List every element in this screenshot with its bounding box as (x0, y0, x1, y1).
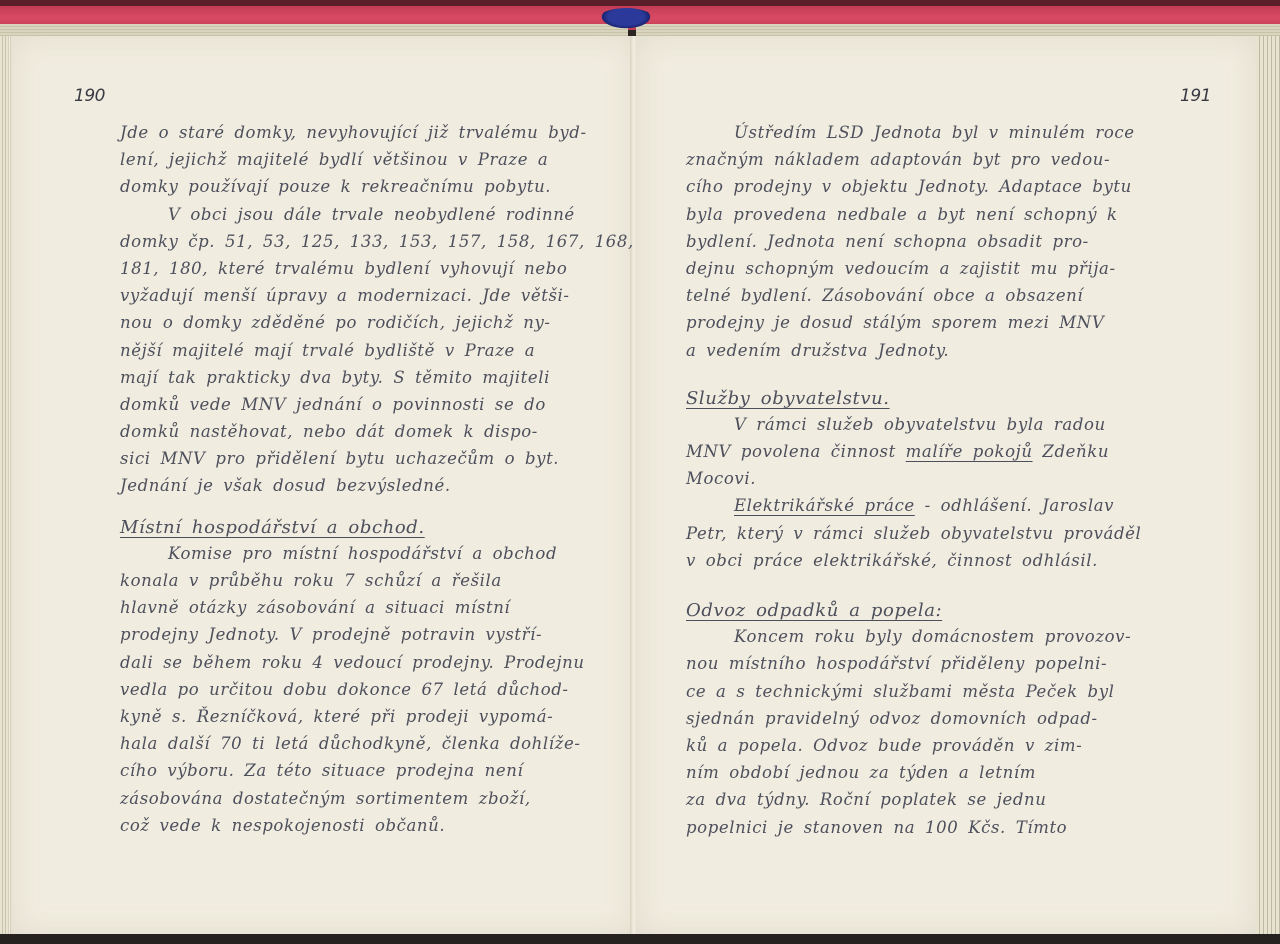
text-line: Jde o staré domky, nevyhovující již trva… (120, 123, 620, 150)
text-line: vyžadují menší úpravy a modernizaci. Jde… (120, 286, 620, 313)
text-line: zásobována dostatečným sortimentem zboží… (120, 789, 620, 816)
text-line: domků vede MNV jednání o povinnosti se d… (120, 395, 620, 422)
page-number-right: 191 (1180, 86, 1211, 106)
underlined-phrase: Elektrikářské práce (734, 496, 915, 515)
text-line: nou místního hospodářství přiděleny pope… (686, 654, 1206, 681)
text-line: Elektrikářské práce - odhlášení. Jarosla… (686, 496, 1206, 523)
text-line: mají tak prakticky dva byty. S těmito ma… (120, 368, 620, 395)
text-line: lení, jejichž majitelé bydlí většinou v … (120, 150, 620, 177)
text-line: ním období jednou za týden a letním (686, 763, 1206, 790)
left-page-text: Jde o staré domky, nevyhovující již trva… (120, 123, 620, 843)
text-line: konala v průběhu roku 7 schůzí a řešila (120, 571, 620, 598)
text-line: nou o domky zděděné po rodičích, jejichž… (120, 313, 620, 340)
text-line: bydlení. Jednota není schopna obsadit pr… (686, 232, 1206, 259)
text-line: Jednání je však dosud bezvýsledné. (120, 476, 620, 503)
text-line: značným nákladem adaptován byt pro vedou… (686, 150, 1206, 177)
text-line: V rámci služeb obyvatelstvu byla radou (686, 415, 1206, 442)
ribbon-bookmark[interactable] (598, 8, 654, 30)
fore-edge-right (1256, 36, 1280, 936)
text-line: kyně s. Řezníčková, které při prodeji vy… (120, 707, 620, 734)
text-line: popelnici je stanoven na 100 Kčs. Tímto (686, 818, 1206, 845)
text-line: což vede k nespokojenosti občanů. (120, 816, 620, 843)
text-line: Mocovi. (686, 469, 1206, 496)
section-heading-services: Služby obyvatelstvu. (686, 388, 890, 409)
text-line: nější majitelé mají trvalé bydliště v Pr… (120, 341, 620, 368)
text-line: MNV povolena činnost malíře pokojů Zdeňk… (686, 442, 1206, 469)
text-line: 181, 180, které trvalému bydlení vyhovuj… (120, 259, 620, 286)
text-line: domků nastěhovat, nebo dát domek k dispo… (120, 422, 620, 449)
background-surface (0, 934, 1280, 944)
text-line: sici MNV pro přidělení bytu uchazečům o … (120, 449, 620, 476)
section-heading-waste-collection: Odvoz odpadků a popela: (686, 600, 942, 621)
text-line: V obci jsou dále trvale neobydlené rodin… (120, 205, 620, 232)
text-line: Komise pro místní hospodářství a obchod (120, 544, 620, 571)
text-line: hlavně otázky zásobování a situaci místn… (120, 598, 620, 625)
text-line: Petr, který v rámci služeb obyvatelstvu … (686, 524, 1206, 551)
text-line: v obci práce elektrikářské, činnost odhl… (686, 551, 1206, 578)
page-number-left: 190 (74, 86, 105, 106)
text-line: hala další 70 ti letá důchodkyně, členka… (120, 734, 620, 761)
text-line: cího prodejny v objektu Jednoty. Adaptac… (686, 177, 1206, 204)
underlined-phrase: malíře pokojů (906, 442, 1033, 461)
text-line: ků a popela. Odvoz bude prováděn v zim- (686, 736, 1206, 763)
text-line: telné bydlení. Zásobování obce a obsazen… (686, 286, 1206, 313)
text-line: vedla po určitou dobu dokonce 67 letá dů… (120, 680, 620, 707)
right-page-text: Ústředím LSD Jednota byl v minulém roce … (686, 123, 1206, 845)
text-line: cího výboru. Za této situace prodejna ne… (120, 761, 620, 788)
text-line: prodejny Jednoty. V prodejně potravin vy… (120, 625, 620, 652)
text-line: byla provedena nedbale a byt není schopn… (686, 205, 1206, 232)
text-line: Ústředím LSD Jednota byl v minulém roce (686, 123, 1206, 150)
text-line: domky čp. 51, 53, 125, 133, 153, 157, 15… (120, 232, 620, 259)
text-line: ce a s technickými službami města Peček … (686, 682, 1206, 709)
text-line: dejnu schopným vedoucím a zajistit mu př… (686, 259, 1206, 286)
text-line: Koncem roku byly domácnostem provozov- (686, 627, 1206, 654)
text-line: sjednán pravidelný odvoz domovních odpad… (686, 709, 1206, 736)
text-line: prodejny je dosud stálým sporem mezi MNV (686, 313, 1206, 340)
text-line: dali se během roku 4 vedoucí prodejny. P… (120, 653, 620, 680)
text-line: za dva týdny. Roční poplatek se jednu (686, 790, 1206, 817)
text-line: domky používají pouze k rekreačnímu poby… (120, 177, 620, 204)
text-line: a vedením družstva Jednoty. (686, 341, 1206, 368)
section-heading-local-economy: Místní hospodářství a obchod. (120, 517, 425, 538)
